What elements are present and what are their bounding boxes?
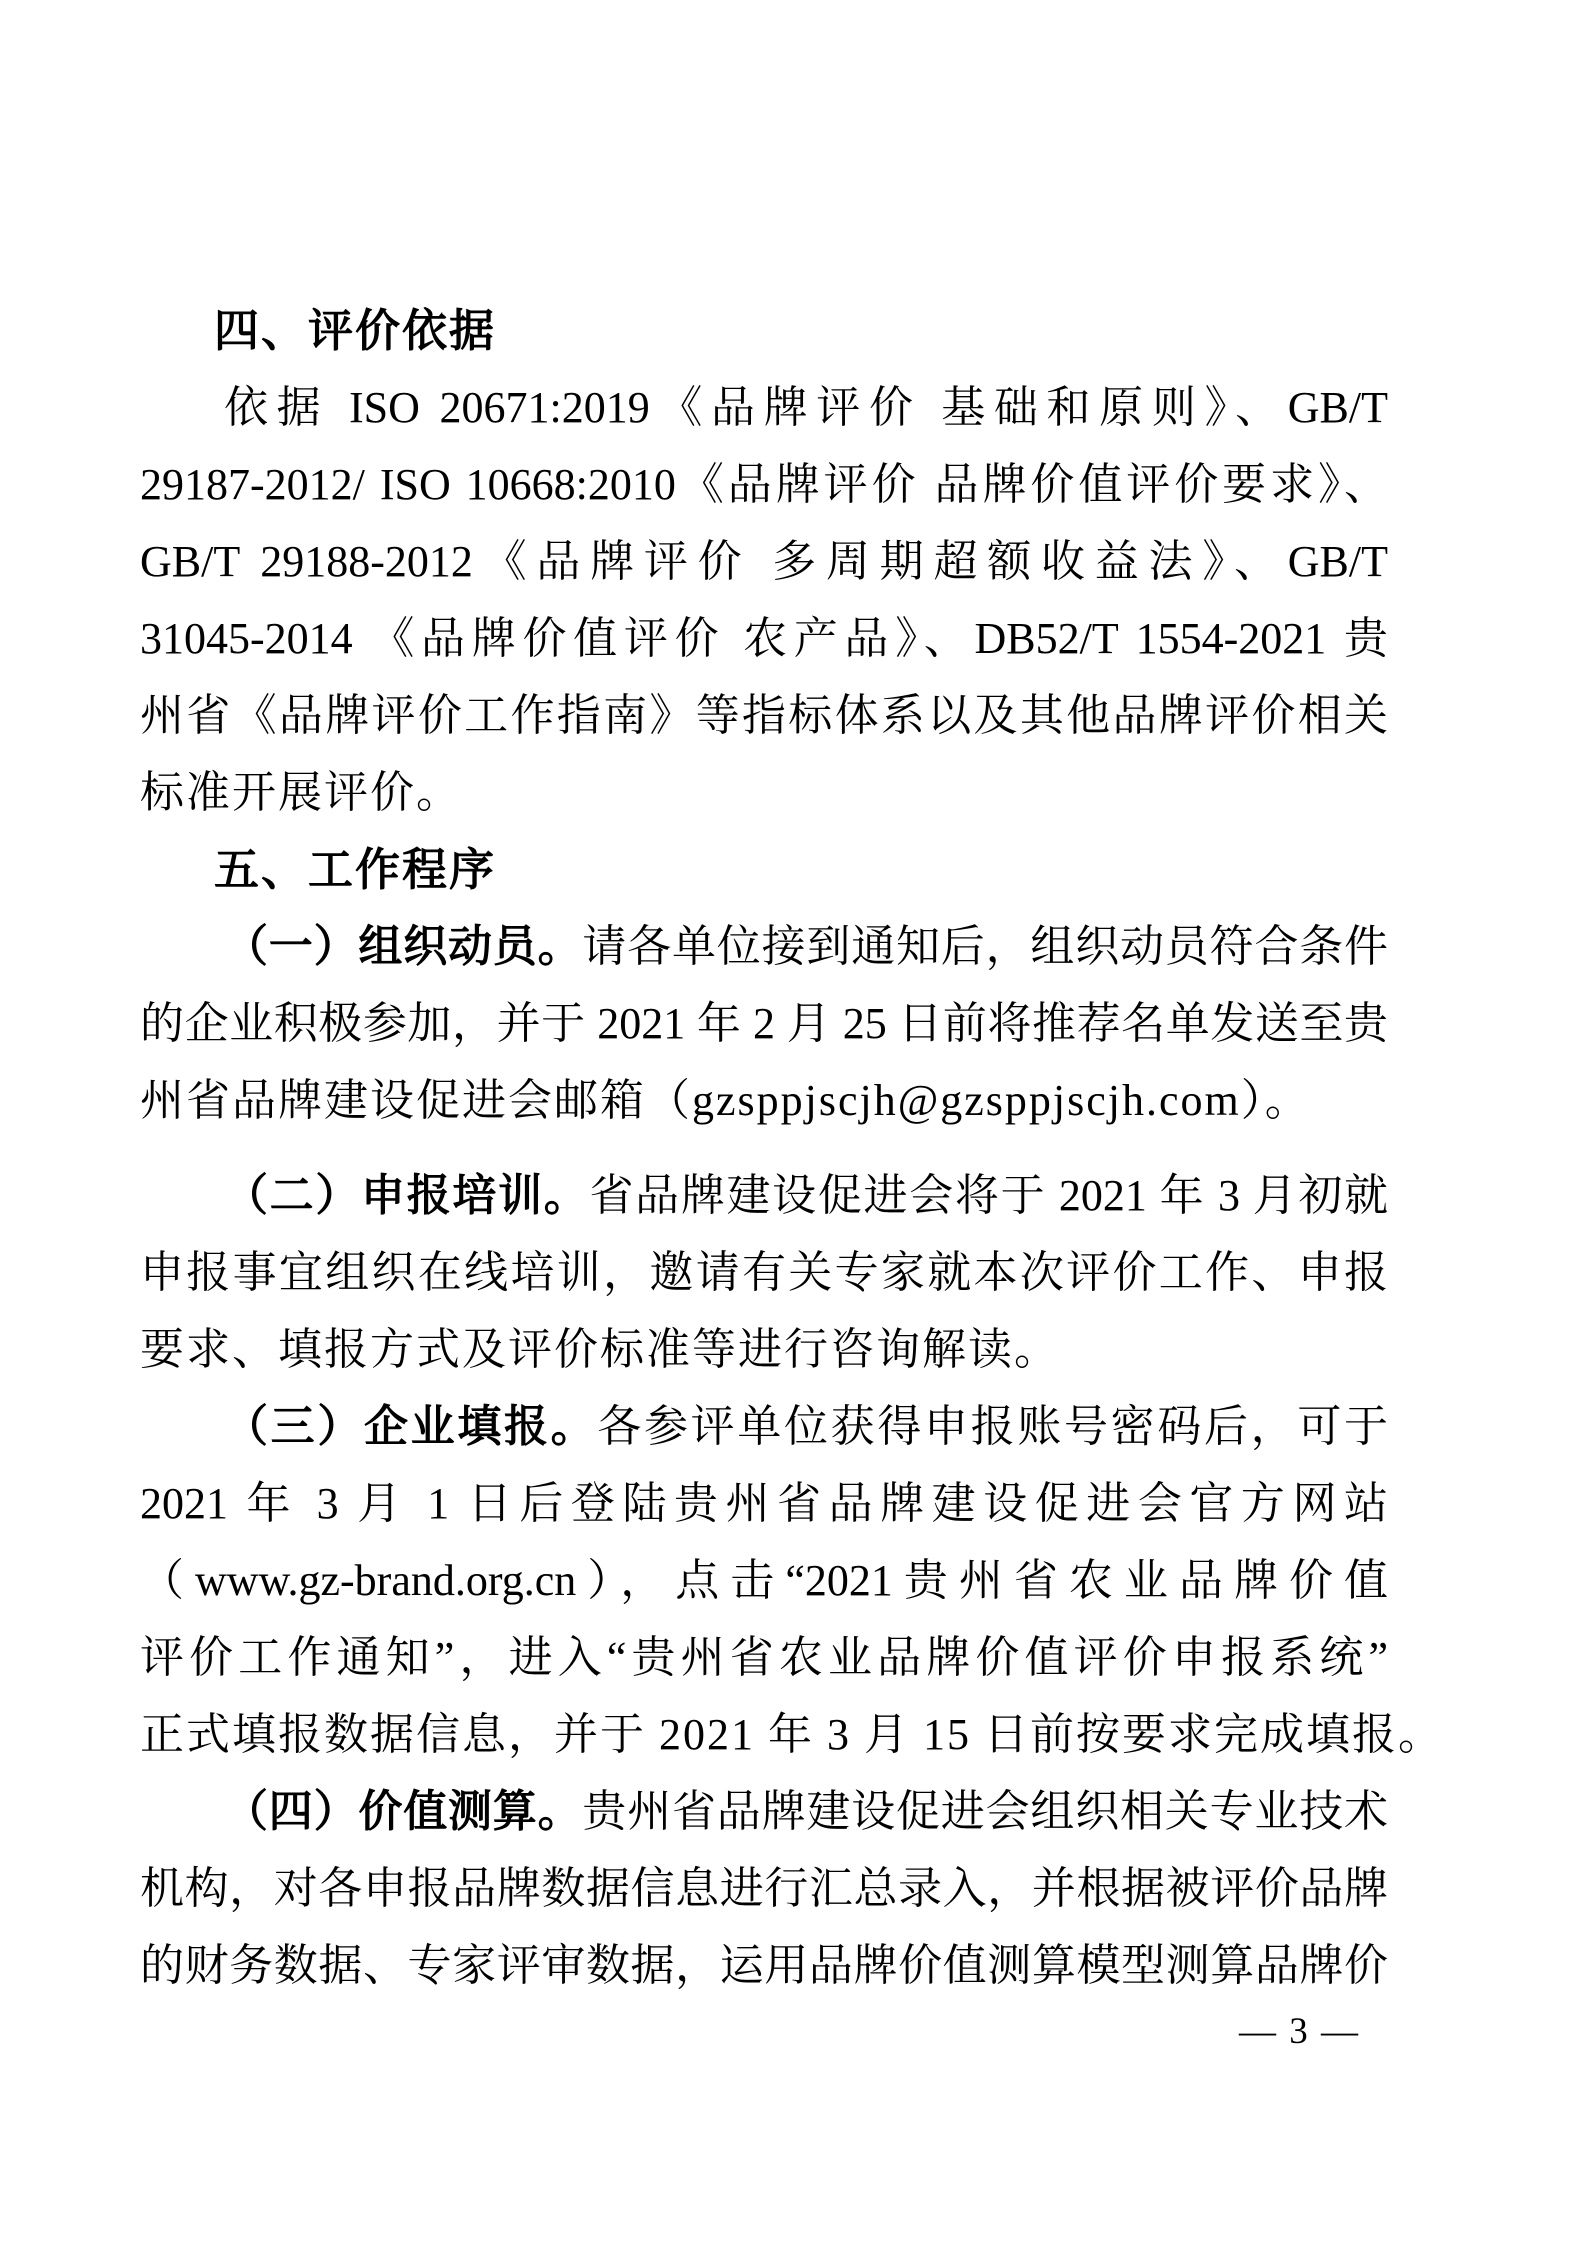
text-line: 依据 ISO 20671:2019《品牌评价 基础和原则》、GB/T: [140, 369, 1388, 446]
text-line: （三）企业填报。各参评单位获得申报账号密码后，可于: [140, 1388, 1388, 1465]
paragraph-lead: （一）组织动员。: [224, 922, 582, 971]
text-line: 29187-2012/ ISO 10668:2010《品牌评价 品牌价值评价要求…: [140, 446, 1388, 523]
text-line: 申报事宜组织在线培训，邀请有关专家就本次评价工作、申报: [140, 1234, 1388, 1311]
text-line: GB/T 29188-2012《品牌评价 多周期超额收益法》、GB/T: [140, 523, 1388, 600]
paragraph-lead: （三）企业填报。: [224, 1402, 597, 1451]
text-line: （二）申报培训。省品牌建设促进会将于 2021 年 3 月初就: [140, 1157, 1388, 1234]
text-line: （一）组织动员。请各单位接到通知后，组织动员符合条件: [140, 908, 1388, 985]
text-line: 2021 年 3 月 1 日后登陆贵州省品牌建设促进会官方网站: [140, 1465, 1388, 1542]
text-line: 州省品牌建设促进会邮箱（gzsppjscjh@gzsppjscjh.com）。: [140, 1062, 1388, 1139]
text-line: 要求、填报方式及评价标准等进行咨询解读。: [140, 1311, 1388, 1388]
text-line: 评价工作通知”，进入“贵州省农业品牌价值评价申报系统”: [140, 1619, 1388, 1696]
text-line: 标准开展评价。: [140, 754, 1388, 831]
section-heading: 四、评价依据: [140, 292, 1388, 369]
text-line: 31045-2014 《品牌价值评价 农产品》、DB52/T 1554-2021…: [140, 600, 1388, 677]
paragraph-lead: （四）价值测算。: [224, 1787, 582, 1836]
document-page: 四、评价依据依据 ISO 20671:2019《品牌评价 基础和原则》、GB/T…: [0, 0, 1587, 2245]
document-body: 四、评价依据依据 ISO 20671:2019《品牌评价 基础和原则》、GB/T…: [140, 292, 1388, 2004]
page-number: — 3 —: [1239, 2010, 1360, 2053]
text-line: 州省《品牌评价工作指南》等指标体系以及其他品牌评价相关: [140, 677, 1388, 754]
text-line: （四）价值测算。贵州省品牌建设促进会组织相关专业技术: [140, 1773, 1388, 1850]
paragraph-lead: （二）申报培训。: [224, 1171, 589, 1220]
text-line: 的企业积极参加，并于 2021 年 2 月 25 日前将推荐名单发送至贵: [140, 985, 1388, 1062]
text-line: 正式填报数据信息，并于 2021 年 3 月 15 日前按要求完成填报。: [140, 1696, 1388, 1773]
text-line: 机构，对各申报品牌数据信息进行汇总录入，并根据被评价品牌: [140, 1850, 1388, 1927]
section-heading: 五、工作程序: [140, 831, 1388, 908]
text-line: （www.gz-brand.org.cn），点击“2021贵州省农业品牌价值: [140, 1542, 1388, 1619]
text-line: 的财务数据、专家评审数据，运用品牌价值测算模型测算品牌价: [140, 1927, 1388, 2004]
